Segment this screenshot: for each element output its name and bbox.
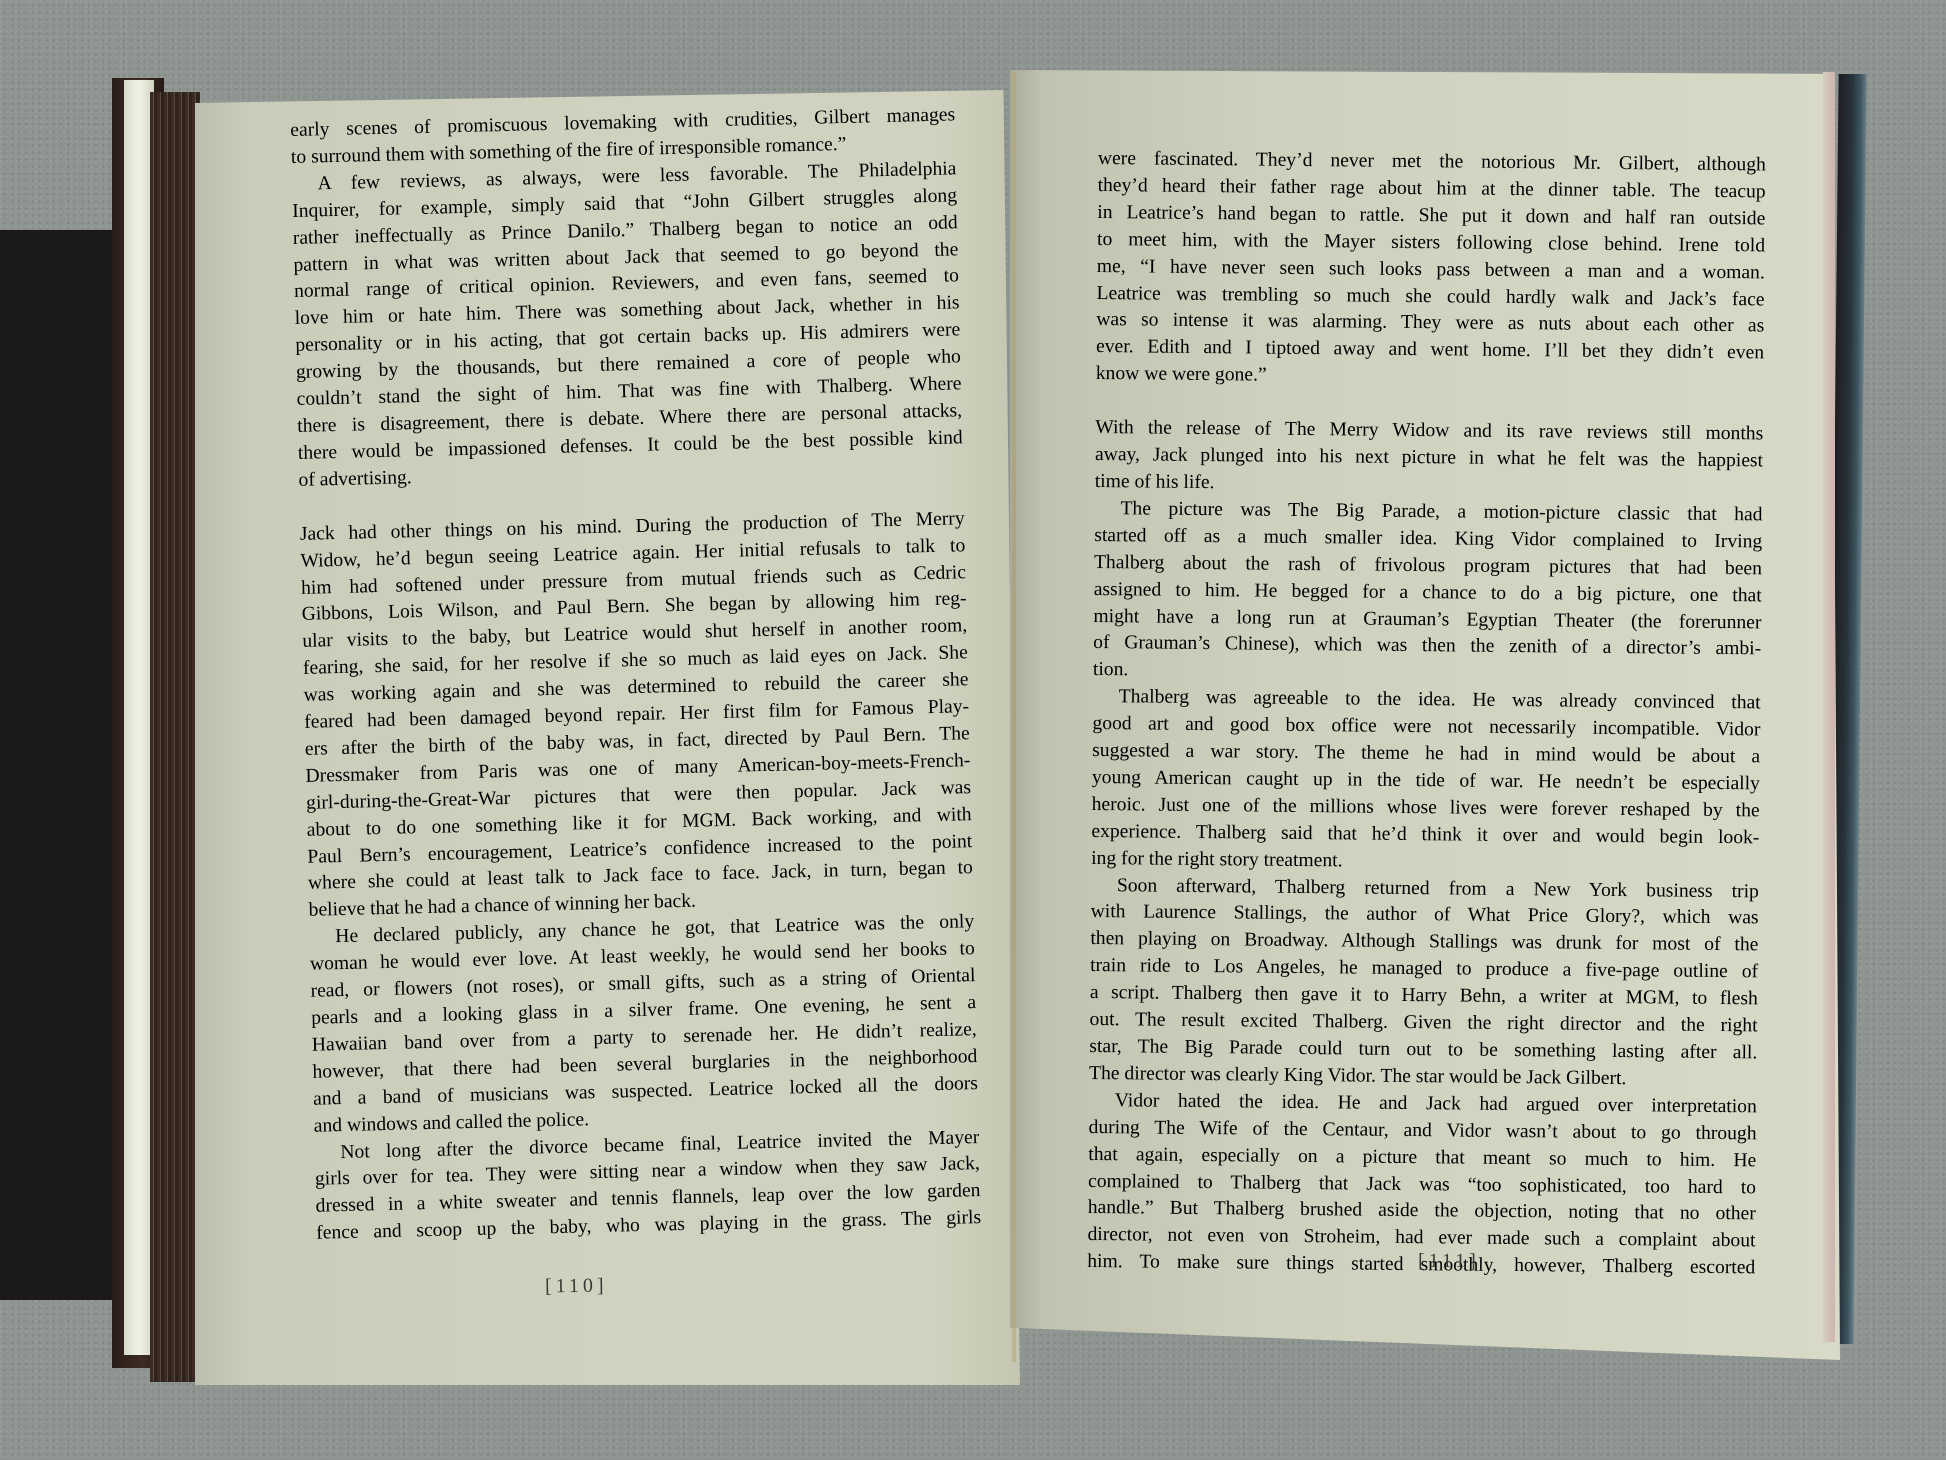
page-stack-left [150, 92, 200, 1382]
right-page-text: were fascinated. They’d never met the no… [1087, 146, 1766, 1283]
page-edge-right [1823, 72, 1835, 1342]
book-gutter [1012, 72, 1016, 1362]
page-number-left: [110] [545, 1275, 608, 1299]
left-page-text: early scenes of promiscuous lovemaking w… [290, 102, 981, 1248]
book-shadow [0, 230, 120, 1300]
page-number-right: [111] [1418, 1250, 1480, 1273]
